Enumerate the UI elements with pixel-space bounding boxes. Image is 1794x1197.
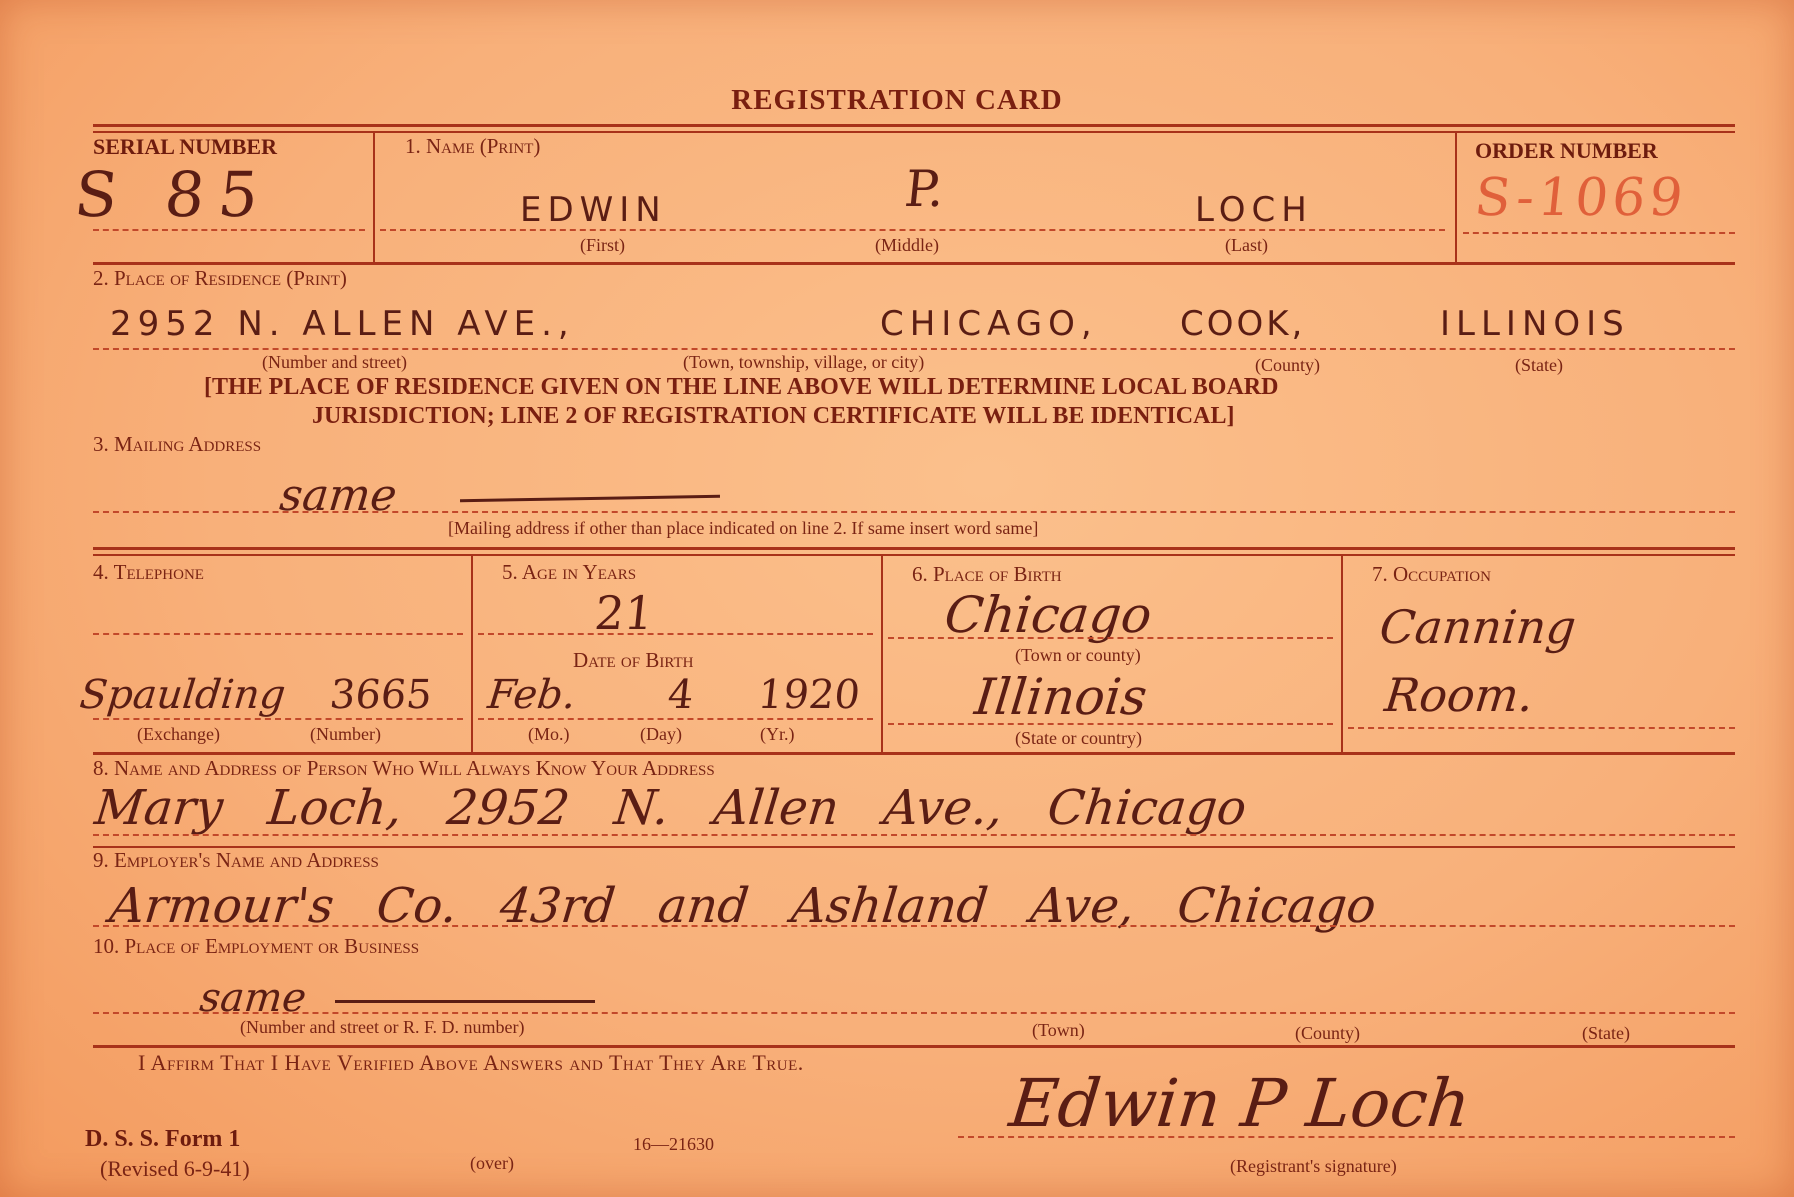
telephone-label: 4. Telephone <box>93 560 204 585</box>
row1-bottom-rule <box>93 262 1735 265</box>
serial-divider <box>373 133 375 263</box>
age-value: 21 <box>592 586 656 640</box>
name-last-value: LOCH <box>1195 190 1313 230</box>
birthplace-town-value: Chicago <box>942 586 1154 644</box>
name-middle-caption: (Middle) <box>875 235 939 256</box>
residence-street-caption: (Number and street) <box>262 352 407 373</box>
form-number: D. S. S. Form 1 <box>85 1126 240 1153</box>
telephone-number-caption: (Number) <box>310 724 381 745</box>
residence-label: 2. Place of Residence (Print) <box>93 266 347 291</box>
mailing-ditto-stroke <box>460 495 720 503</box>
employer-label: 9. Employer's Name and Address <box>93 848 379 873</box>
registration-card: REGISTRATION CARD SERIAL NUMBER S 85 1. … <box>0 0 1794 1197</box>
row4-bottom-rule <box>93 752 1735 755</box>
signature-caption: (Registrant's signature) <box>1230 1156 1397 1177</box>
mailing-caption: [Mailing address if other than place ind… <box>448 518 1038 539</box>
order-number-value: S-1069 <box>1472 168 1690 228</box>
name-first-caption: (First) <box>580 235 625 256</box>
signature-line <box>958 1136 1735 1138</box>
order-line <box>1463 232 1735 234</box>
name-label: 1. Name (Print) <box>405 134 540 159</box>
residence-notice-line1: [THE PLACE OF RESIDENCE GIVEN ON THE LIN… <box>204 374 1278 401</box>
birthplace-town-line <box>888 637 1333 639</box>
contact-label: 8. Name and Address of Person Who Will A… <box>93 756 715 781</box>
occupation-line2-value: Room. <box>1382 668 1536 722</box>
top-rule <box>93 124 1735 127</box>
contact-line <box>93 834 1735 836</box>
telephone-number-value: 3665 <box>328 672 435 718</box>
contact-value: Mary Loch, 2952 N. Allen Ave., Chicago <box>92 780 1249 836</box>
occupation-label: 7. Occupation <box>1372 562 1491 587</box>
dob-month-caption: (Mo.) <box>528 724 570 745</box>
mid-rule-inner <box>93 554 1735 556</box>
birthplace-label: 6. Place of Birth <box>912 562 1062 587</box>
telephone-divider <box>471 556 473 752</box>
employer-line <box>93 925 1735 927</box>
mailing-value: same <box>277 470 399 521</box>
residence-state-value: ILLINOIS <box>1440 304 1630 344</box>
birthplace-state-caption: (State or country) <box>1015 728 1142 749</box>
employment-street-caption: (Number and street or R. F. D. number) <box>240 1017 525 1038</box>
print-code: 16—21630 <box>633 1134 714 1155</box>
order-divider <box>1455 133 1457 263</box>
signature: Edwin P Loch <box>1006 1065 1474 1142</box>
dob-month-value: Feb. <box>486 672 578 718</box>
order-number-label: ORDER NUMBER <box>1475 138 1658 164</box>
name-line <box>380 229 1445 231</box>
employment-place-line <box>93 1012 1735 1014</box>
row10-bottom-rule <box>93 1045 1735 1048</box>
dob-year-value: 1920 <box>756 672 863 718</box>
telephone-exchange-caption: (Exchange) <box>137 724 220 745</box>
name-last-caption: (Last) <box>1225 235 1268 256</box>
over-note: (over) <box>470 1153 514 1174</box>
residence-line <box>93 348 1735 350</box>
employment-ditto-stroke <box>335 1000 595 1003</box>
name-middle-value: P. <box>902 160 948 218</box>
birthplace-divider <box>1341 556 1343 752</box>
occupation-line <box>1348 727 1735 729</box>
age-label: 5. Age in Years <box>502 560 636 585</box>
residence-town-caption: (Town, township, village, or city) <box>683 352 924 373</box>
age-line <box>478 633 873 635</box>
employment-state-caption: (State) <box>1582 1023 1630 1044</box>
residence-county-caption: (County) <box>1255 355 1320 376</box>
residence-street-value: 2952 N. ALLEN AVE., <box>110 304 575 344</box>
employment-town-caption: (Town) <box>1032 1020 1085 1041</box>
age-divider <box>881 556 883 752</box>
residence-notice-line2: JURISDICTION; LINE 2 OF REGISTRATION CER… <box>312 403 1234 430</box>
dob-label: Date of Birth <box>573 648 693 673</box>
residence-state-caption: (State) <box>1515 355 1563 376</box>
telephone-upper-line <box>93 633 463 635</box>
top-rule-inner <box>93 131 1735 133</box>
residence-town-value: CHICAGO, <box>880 304 1098 344</box>
serial-number-value: S 85 <box>71 158 276 231</box>
dob-day-value: 4 <box>666 672 696 718</box>
employment-place-label: 10. Place of Employment or Business <box>93 934 419 959</box>
mailing-line <box>93 511 1735 513</box>
card-title: REGISTRATION CARD <box>0 84 1794 117</box>
dob-year-caption: (Yr.) <box>760 724 795 745</box>
telephone-exchange-value: Spaulding <box>78 672 288 718</box>
occupation-line1-value: Canning <box>1377 600 1578 654</box>
birthplace-town-caption: (Town or county) <box>1015 645 1141 666</box>
name-first-value: EDWIN <box>520 190 667 230</box>
residence-county-value: COOK, <box>1180 304 1305 344</box>
telephone-line <box>93 718 463 720</box>
serial-line <box>93 229 365 231</box>
mailing-label: 3. Mailing Address <box>93 432 261 457</box>
serial-number-label: SERIAL NUMBER <box>93 134 277 160</box>
mid-rule <box>93 547 1735 550</box>
affirmation-text: I Affirm That I Have Verified Above Answ… <box>138 1050 804 1076</box>
form-revised: (Revised 6-9-41) <box>100 1156 250 1182</box>
employment-county-caption: (County) <box>1295 1023 1360 1044</box>
birthplace-state-line <box>888 723 1333 725</box>
dob-line <box>478 718 873 720</box>
birthplace-state-value: Illinois <box>972 668 1150 726</box>
employment-place-value: same <box>198 975 309 1021</box>
dob-day-caption: (Day) <box>640 724 682 745</box>
